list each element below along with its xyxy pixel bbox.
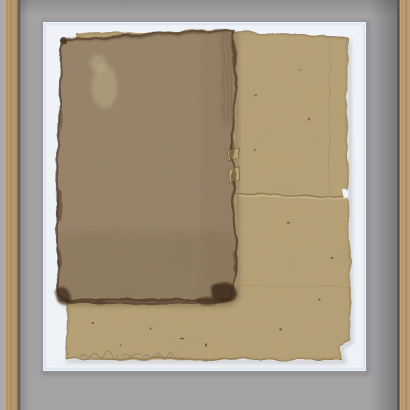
frame-right-crevice [397, 0, 400, 410]
photo-left-edge [0, 0, 5, 410]
dark-paper-sheet [52, 24, 242, 308]
mat-top-shadow [18, 0, 400, 16]
framed-artwork-photo [0, 0, 410, 410]
frame-left-highlight [5, 0, 7, 410]
frame-right-highlight [400, 0, 401, 410]
frame-left-rail [5, 0, 19, 410]
mat-left-shadow [20, 0, 29, 410]
frame-left-crevice [18, 0, 21, 410]
light-patch-2 [90, 54, 106, 72]
inscription-dot [67, 353, 69, 355]
mat-right-shadow [370, 0, 399, 410]
